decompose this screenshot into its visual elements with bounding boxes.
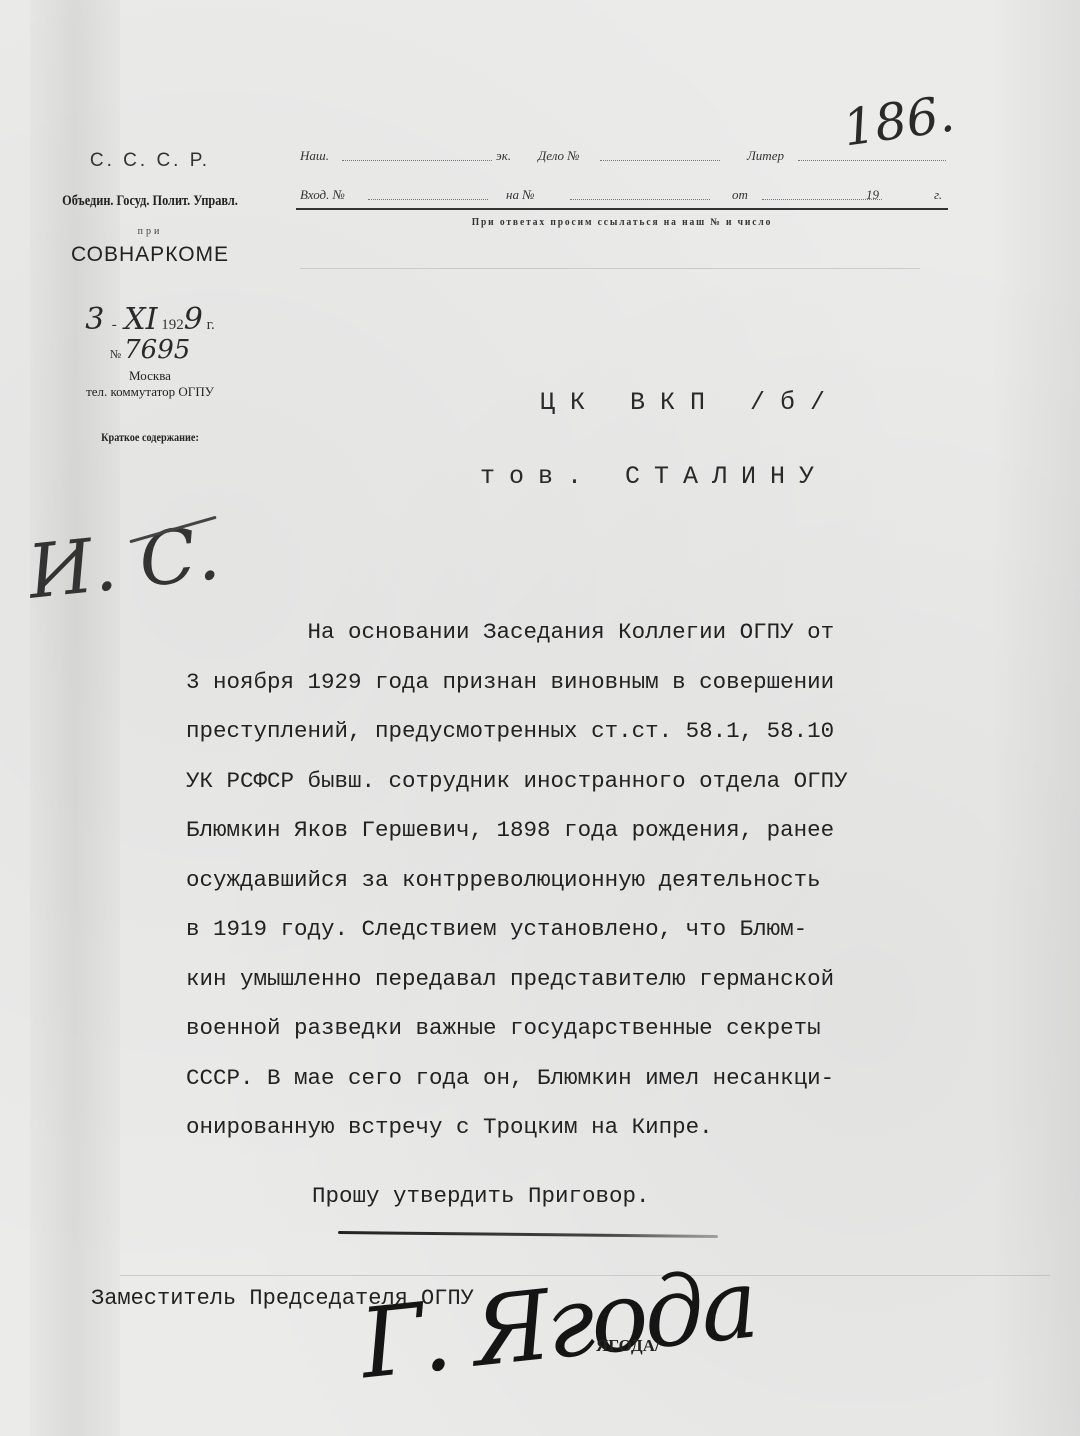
body-line: онированную встречу с Троцким на Кипре. — [186, 1103, 926, 1153]
label-case: Дело № — [538, 148, 580, 164]
body-line: военной разведки важные государственные … — [186, 1004, 926, 1054]
closing-request: Прошу утвердить Приговор. — [312, 1183, 650, 1209]
letterhead-sovnarkom: СОВНАРКОМЕ — [20, 243, 280, 267]
body-line: в 1919 году. Следствием установлено, что… — [186, 905, 926, 955]
body-line: осуждавшийся за контрреволюционную деяте… — [186, 856, 926, 906]
date-day: 3 — [85, 302, 104, 337]
label-incoming: Вход. № — [300, 187, 345, 203]
label-ours: Наш. — [300, 148, 329, 164]
date-year-prefix: 192 — [161, 317, 184, 333]
scan-shadow-left — [30, 0, 120, 1436]
letterhead-organization: Объедин. Госуд. Полит. Управл. — [43, 193, 256, 210]
letterhead-pri: при — [20, 226, 280, 237]
field-ours — [342, 148, 492, 161]
label-from: от — [732, 187, 748, 203]
field-letter — [798, 148, 946, 161]
scan-shadow-right — [990, 0, 1080, 1436]
letterhead-city: Москва — [20, 368, 280, 384]
addressee-line-2: тов. СТАЛИНУ — [480, 462, 828, 491]
date-g: г. — [207, 317, 215, 333]
body-line: преступлений, предусмотренных ст.ст. 58.… — [186, 707, 926, 757]
body-line: На основании Заседания Коллегии ОГПУ от — [186, 608, 926, 658]
faint-ruled-line — [300, 268, 920, 269]
closing-underline — [338, 1231, 718, 1238]
label-letter: Литер — [747, 148, 784, 164]
number-label: № — [110, 347, 121, 361]
field-incoming — [368, 187, 488, 200]
field-from — [762, 187, 882, 200]
document-page: С. С. С. Р. Объедин. Госуд. Полит. Управ… — [0, 0, 1080, 1436]
body-line: кин умышленно передавал представителю ге… — [186, 955, 926, 1005]
letterhead-country: С. С. С. Р. — [20, 150, 280, 172]
handwritten-resolution: И. С. — [24, 510, 224, 616]
label-ek: эк. — [496, 148, 511, 164]
form-divider — [296, 208, 948, 210]
label-year: 19 — [866, 187, 879, 203]
form-note: При ответах просим ссылаться на наш № и … — [312, 217, 931, 228]
number-value: 7695 — [124, 335, 190, 365]
letterhead-switchboard: тел. коммутатор ОГПУ — [20, 384, 280, 400]
label-on: на № — [506, 187, 534, 203]
date-year-suffix: 9 — [184, 302, 203, 337]
letterhead-date: 3 - XI 1929 г. — [20, 302, 280, 337]
addressee-line-1: ЦК ВКП /б/ — [540, 388, 840, 417]
label-g: г. — [934, 187, 942, 203]
handwritten-signature: Г. Ягода — [355, 1248, 759, 1401]
letterhead-summary-label: Краткое содержание: — [40, 430, 261, 445]
body-line: СССР. В мае сего года он, Блюмкин имел н… — [186, 1054, 926, 1104]
date-month: XI — [124, 302, 157, 337]
letterhead-number: № 7695 — [20, 335, 280, 365]
body-line: УК РСФСР бывш. сотрудник иностранного от… — [186, 757, 926, 807]
letter-body: На основании Заседания Коллегии ОГПУ от … — [186, 608, 926, 1153]
page-number: 186. — [840, 85, 958, 158]
body-line: 3 ноября 1929 года признан виновным в со… — [186, 658, 926, 708]
body-line: Блюмкин Яков Гершевич, 1898 года рождени… — [186, 806, 926, 856]
field-on — [570, 187, 710, 200]
field-case — [600, 148, 720, 161]
signer-typed-name: ЯГОДА/ — [596, 1336, 660, 1356]
